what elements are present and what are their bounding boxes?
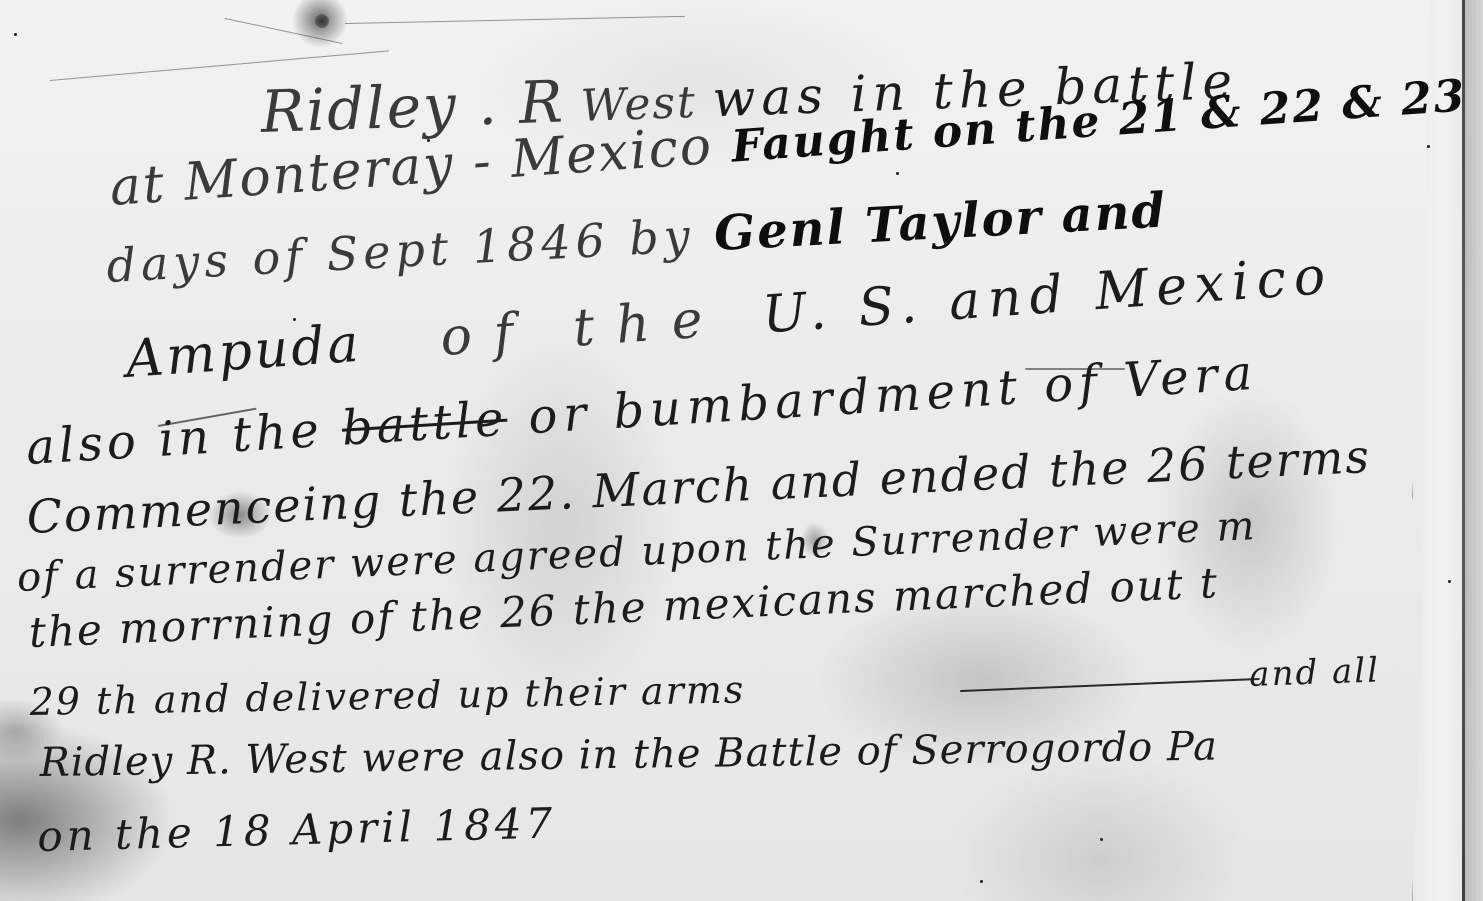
line-9-addendum-text: and all — [1249, 650, 1381, 695]
line-4-countries: U. S. and Mexico — [761, 246, 1335, 346]
line-10-text: Ridley R. West were also in the Battle o… — [39, 724, 1218, 786]
paper-crease — [345, 16, 685, 24]
manuscript-line-9: 29 th and delivered up their arms — [29, 668, 745, 724]
ink-speck — [14, 33, 17, 36]
ink-speck — [1448, 580, 1451, 583]
line-5-text-end: or bumbardment of Vera — [506, 345, 1260, 447]
page-edge-shadow — [1462, 0, 1465, 901]
line-9-text: 29 th and delivered up their arms — [29, 668, 745, 724]
line-3-date: days of Sept 1846 by — [105, 207, 715, 293]
manuscript-page: Ridley . R West was in the battle at Mon… — [0, 0, 1483, 901]
manuscript-line-10: Ridley R. West were also in the Battle o… — [39, 724, 1218, 786]
page-edge — [1465, 0, 1483, 901]
manuscript-line-9-addendum: and all — [1249, 650, 1381, 695]
ink-speck — [896, 172, 899, 175]
line-5-text: also in the — [25, 401, 344, 476]
ink-speck — [1100, 838, 1103, 841]
pin-hole — [315, 14, 329, 28]
ink-speck — [1427, 145, 1430, 148]
line-11-text: on the 18 April 1847 — [37, 798, 557, 861]
line-4-of-the: of the — [439, 286, 765, 368]
line-3-commander: Genl Taylor and — [713, 183, 1169, 263]
line-filler-stroke — [960, 678, 1260, 692]
line-5-struck-word: battle — [340, 391, 509, 457]
manuscript-line-11: on the 18 April 1847 — [37, 798, 557, 861]
ink-speck — [980, 880, 983, 883]
line-4-ampuda: Ampuda — [124, 312, 383, 390]
